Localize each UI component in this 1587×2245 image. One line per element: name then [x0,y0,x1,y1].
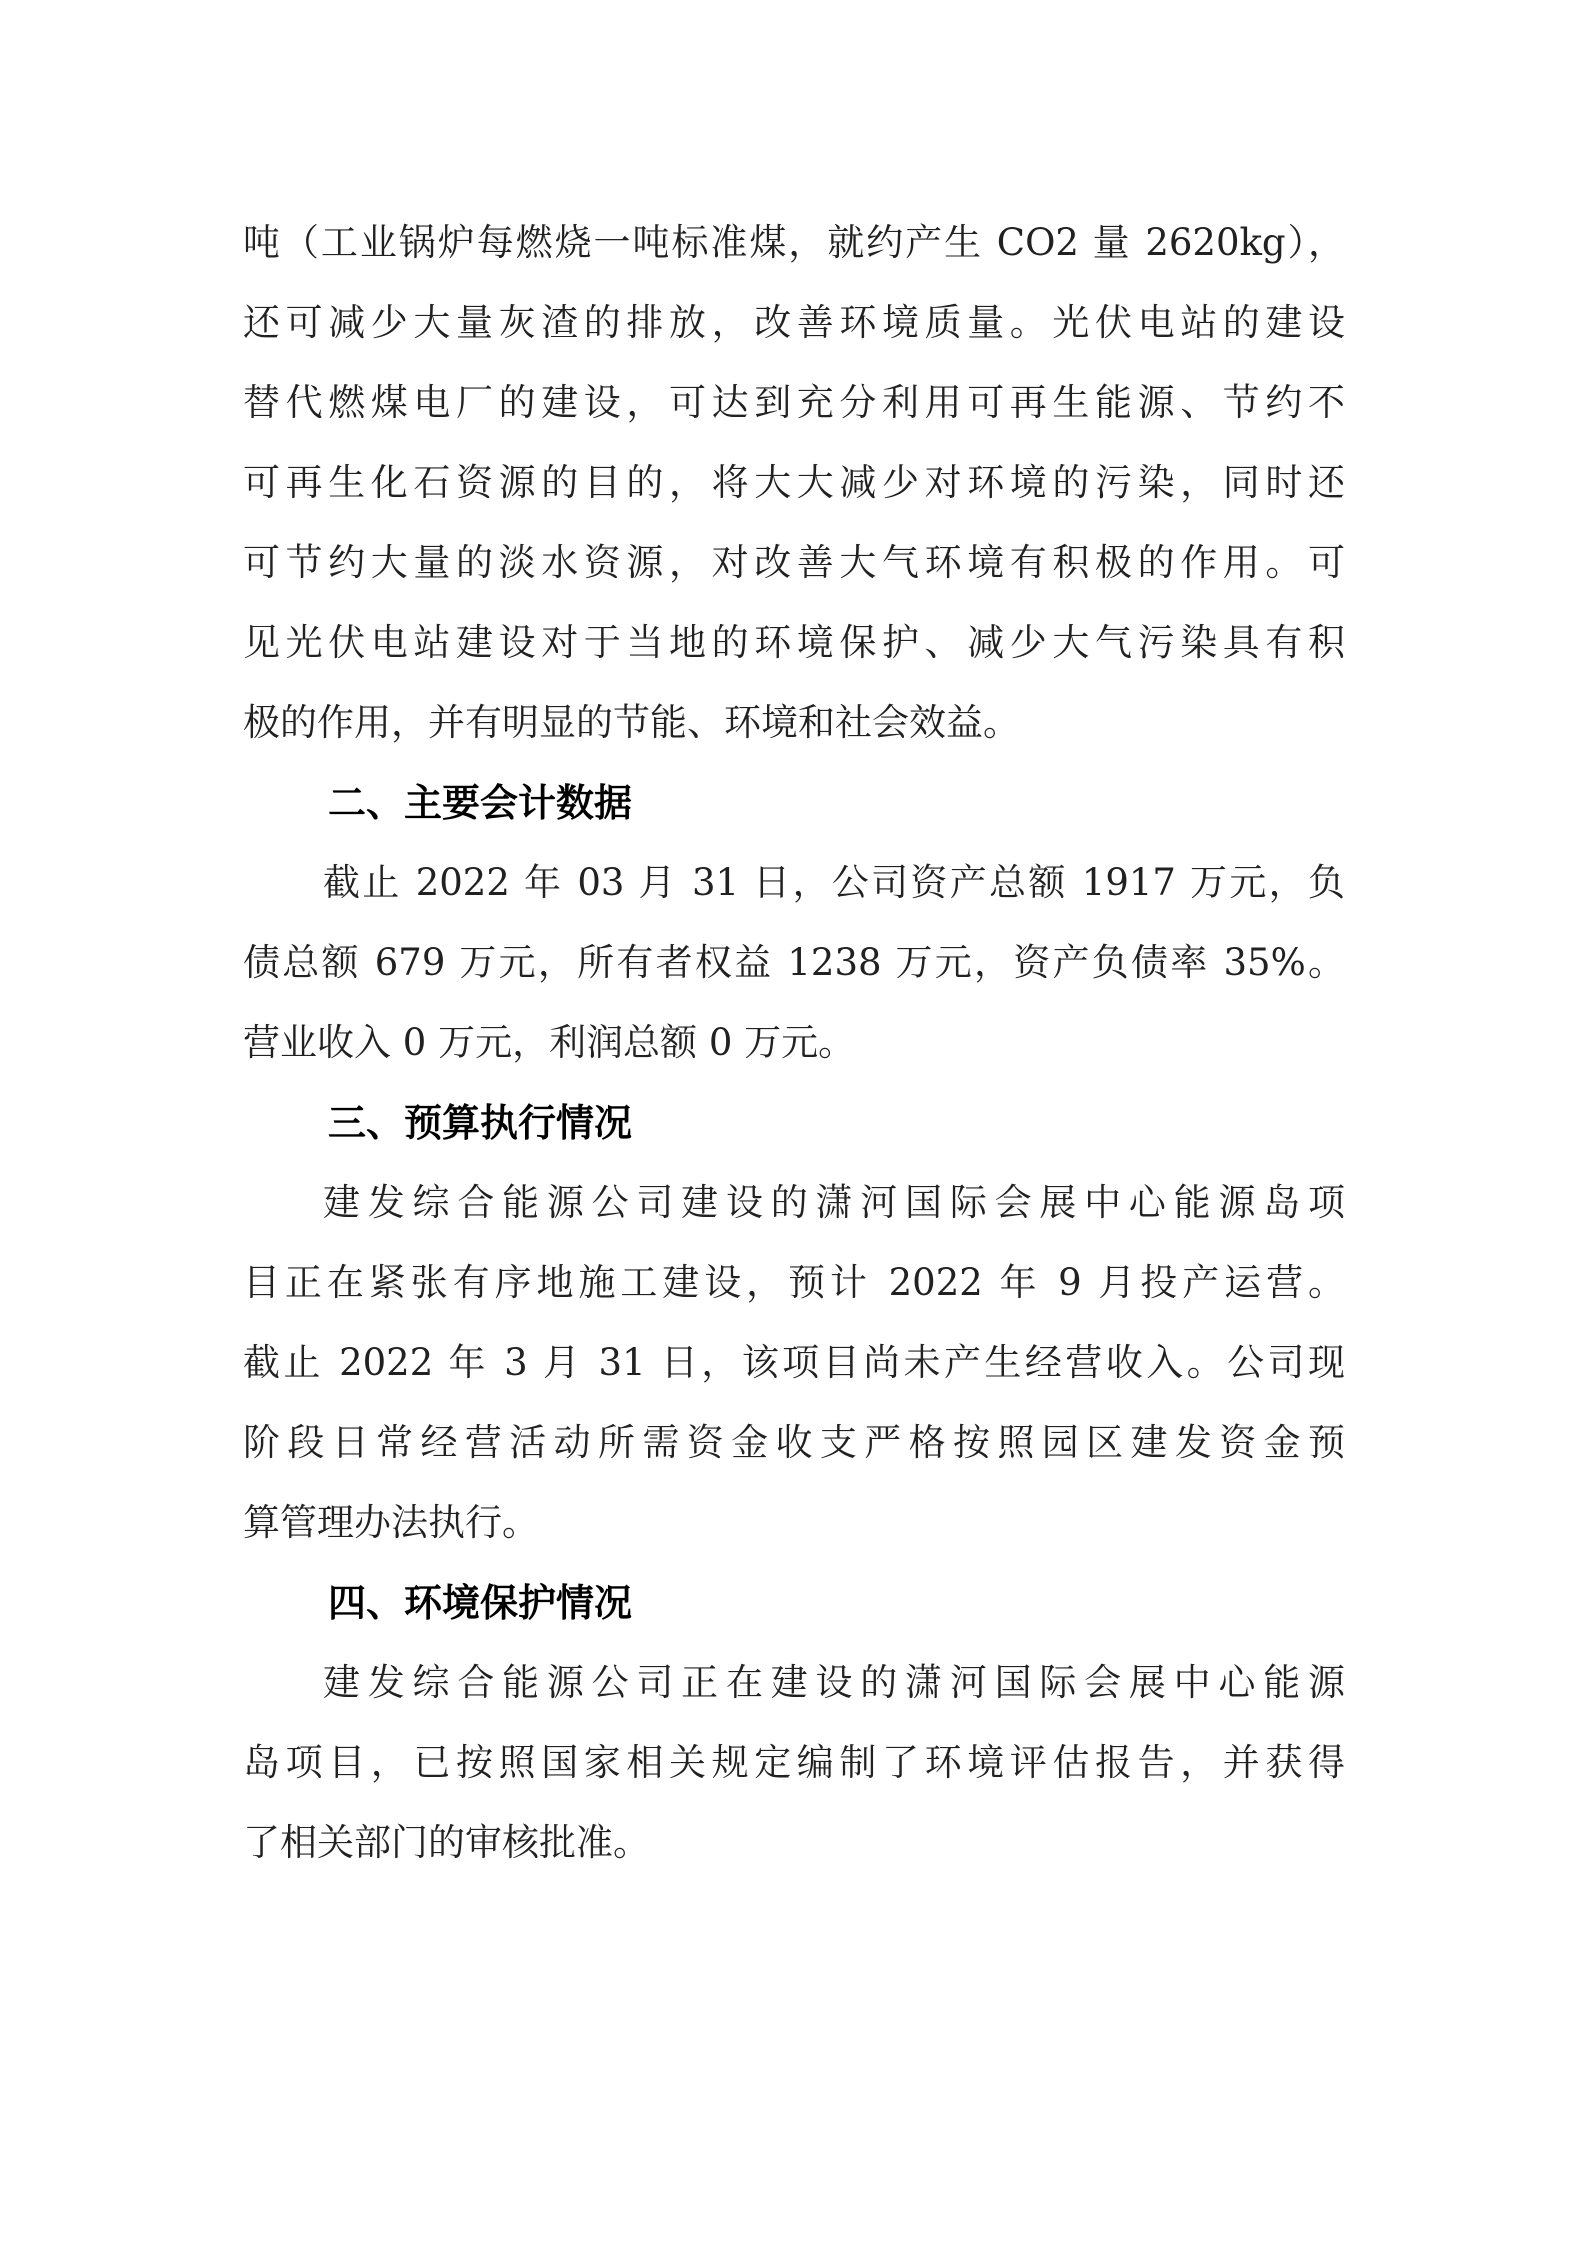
paragraph-continued: 吨（工业锅炉每燃烧一吨标准煤，就约产生 CO2 量 2620kg）， 还可减少大… [243,203,1345,763]
body-line: 了相关部门的审核批准。 [243,1803,1345,1883]
body-line: 见光伏电站建设对于当地的环境保护、减少大气污染具有积 [243,603,1345,683]
section-heading-3: 三、预算执行情况 [243,1083,1345,1163]
section-accounting-data: 二、主要会计数据 截止 2022 年 03 月 31 日，公司资产总额 1917… [243,763,1345,1083]
body-line: 还可减少大量灰渣的排放，改善环境质量。光伏电站的建设 [243,283,1345,363]
body-line: 建发综合能源公司正在建设的潇河国际会展中心能源 [243,1643,1345,1723]
body-line: 截止 2022 年 3 月 31 日，该项目尚未产生经营收入。公司现 [243,1323,1345,1403]
body-line: 可节约大量的淡水资源，对改善大气环境有积极的作用。可 [243,523,1345,603]
section-heading-4: 四、环境保护情况 [243,1563,1345,1643]
section-heading-2: 二、主要会计数据 [243,763,1345,843]
body-line: 可再生化石资源的目的，将大大减少对环境的污染，同时还 [243,443,1345,523]
body-line: 岛项目，已按照国家相关规定编制了环境评估报告，并获得 [243,1723,1345,1803]
body-line: 债总额 679 万元，所有者权益 1238 万元，资产负债率 35%。 [243,923,1345,1003]
body-line: 目正在紧张有序地施工建设，预计 2022 年 9 月投产运营。 [243,1243,1345,1323]
body-line: 阶段日常经营活动所需资金收支严格按照园区建发资金预 [243,1403,1345,1483]
body-line: 替代燃煤电厂的建设，可达到充分利用可再生能源、节约不 [243,363,1345,443]
section-budget-execution: 三、预算执行情况 建发综合能源公司建设的潇河国际会展中心能源岛项 目正在紧张有序… [243,1083,1345,1563]
body-line: 营业收入 0 万元，利润总额 0 万元。 [243,1003,1345,1083]
body-line: 吨（工业锅炉每燃烧一吨标准煤，就约产生 CO2 量 2620kg）， [243,203,1345,283]
section-environmental-protection: 四、环境保护情况 建发综合能源公司正在建设的潇河国际会展中心能源 岛项目，已按照… [243,1563,1345,1883]
body-line: 算管理办法执行。 [243,1483,1345,1563]
document-page: 吨（工业锅炉每燃烧一吨标准煤，就约产生 CO2 量 2620kg）， 还可减少大… [0,0,1587,2245]
body-line: 截止 2022 年 03 月 31 日，公司资产总额 1917 万元，负 [243,843,1345,923]
body-line: 极的作用，并有明显的节能、环境和社会效益。 [243,683,1345,763]
body-line: 建发综合能源公司建设的潇河国际会展中心能源岛项 [243,1163,1345,1243]
